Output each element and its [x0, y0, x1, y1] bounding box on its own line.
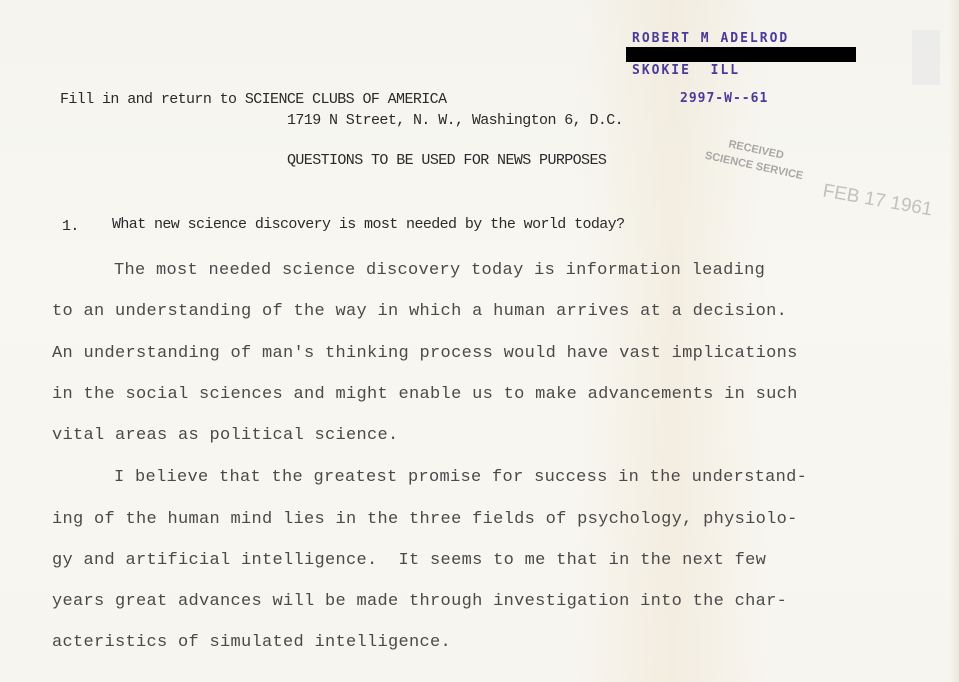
- return-address: 1719 N Street, N. W., Washington 6, D.C.: [287, 112, 623, 129]
- redaction-bar: [626, 47, 856, 62]
- paper-smudge: [912, 30, 940, 85]
- reference-code: 2997-W--61: [680, 91, 768, 106]
- answer-line: to an understanding of the way in which …: [52, 302, 787, 321]
- answer-line: years great advances will be made throug…: [52, 592, 787, 611]
- answer-line: gy and artificial intelligence. It seems…: [52, 551, 766, 570]
- addressee-name: ROBERT M ADELROD: [632, 31, 789, 46]
- answer-line: acteristics of simulated intelligence.: [52, 633, 451, 652]
- answer-line: in the social sciences and might enable …: [52, 385, 798, 404]
- answer-line: I believe that the greatest promise for …: [114, 468, 807, 487]
- question-text: What new science discovery is most neede…: [112, 216, 625, 233]
- addressee-city: SKOKIE ILL: [632, 63, 740, 78]
- answer-line: An understanding of man's thinking proce…: [52, 344, 798, 363]
- answer-line: ing of the human mind lies in the three …: [52, 510, 798, 529]
- page-edge: [949, 0, 959, 682]
- answer-line: vital areas as political science.: [52, 426, 399, 445]
- return-instruction: Fill in and return to SCIENCE CLUBS OF A…: [60, 91, 446, 108]
- question-number: 1.: [62, 218, 79, 235]
- answer-line: The most needed science discovery today …: [114, 261, 765, 280]
- page-title: QUESTIONS TO BE USED FOR NEWS PURPOSES: [287, 152, 606, 169]
